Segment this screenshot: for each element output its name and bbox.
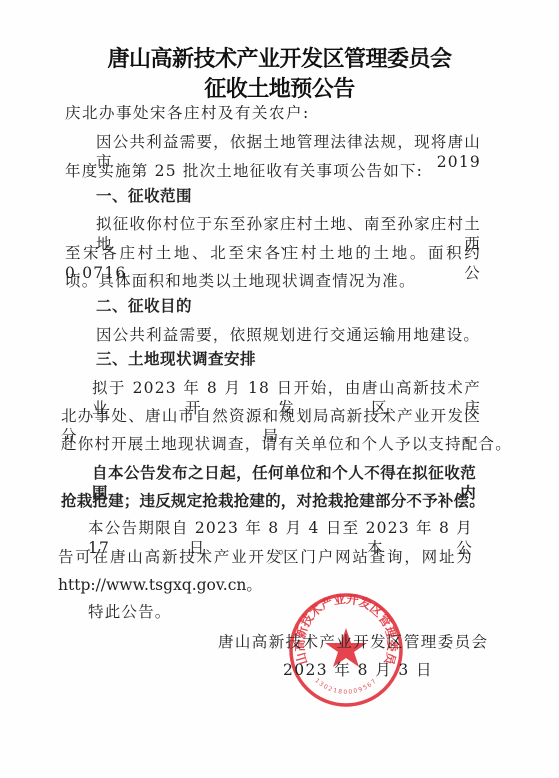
section2-heading: 二、征收目的 <box>96 296 512 316</box>
section2-line-1: 因公共利益需要，依照规划进行交通运输用地建设。 <box>96 325 481 345</box>
section3-heading: 三、土地现状调查安排 <box>96 349 512 369</box>
period-url: http://www.tsgxq.gov.cn。 <box>58 575 474 595</box>
document-page: 唐山高新技术产业开发区管理委员会 征收土地预公告 庆北办事处宋各庄村及有关农户:… <box>0 0 559 778</box>
period-line-2: 告可在唐山高新技术产业开发区门户网站查询，网址为 <box>58 547 473 567</box>
title-line-2: 征收土地预公告 <box>0 72 559 103</box>
salutation: 庆北办事处宋各庄村及有关农户: <box>65 103 481 123</box>
intro-line-2: 年度实施第 25 批次土地征收有关事项公告如下: <box>65 161 481 181</box>
title-line-1: 唐山高新技术产业开发区管理委员会 <box>0 42 559 73</box>
warning-line-2: 抢栽抢建；违反规定抢栽抢建的，对抢栽抢建部分不予补偿。 <box>61 491 477 511</box>
section1-heading: 一、征收范围 <box>96 186 512 206</box>
section3-line-3: 赴你村开展土地现状调查，请有关单位和个人予以支持配合。 <box>61 434 477 454</box>
section1-line-3: 顷。具体面积和地类以土地现状调查情况为准。 <box>65 271 481 291</box>
signature-org: 唐山高新技术产业开发区管理委员会 <box>218 630 488 652</box>
signature-date: 2023 年 8 月 3 日 <box>283 658 433 680</box>
